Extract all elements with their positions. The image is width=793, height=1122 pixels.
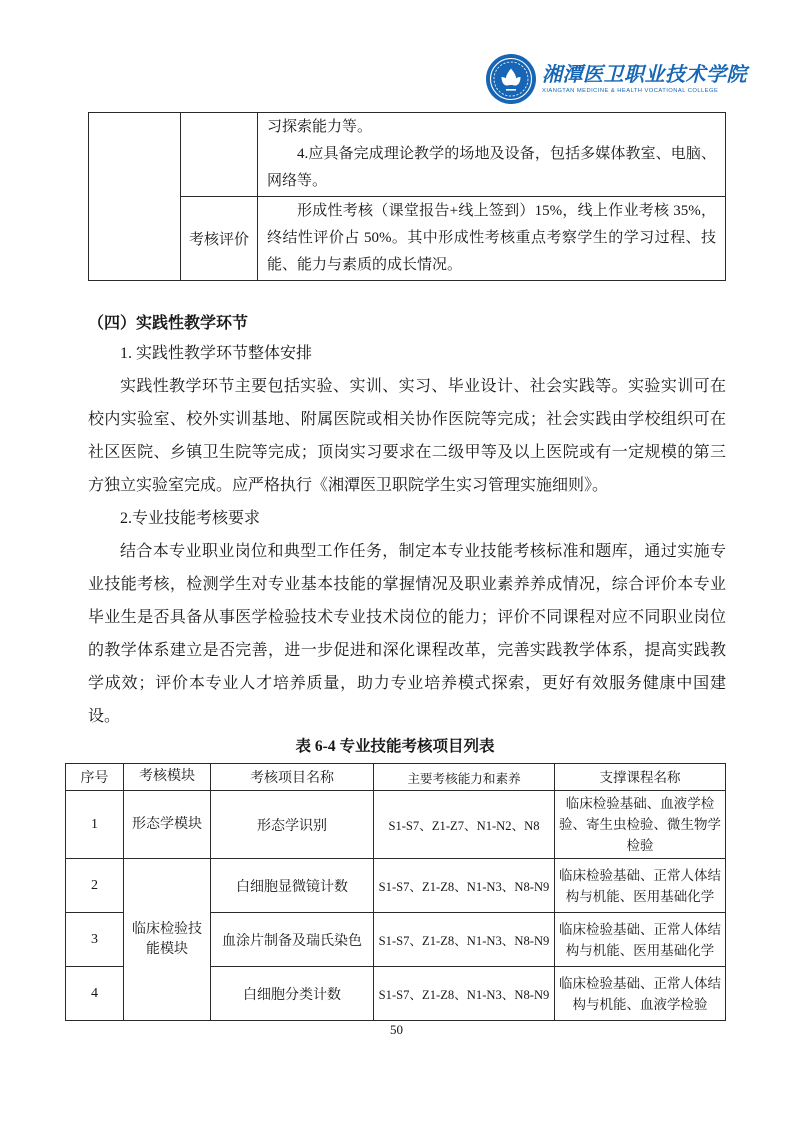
cell-module: 形态学模块	[124, 791, 211, 859]
cell-project: 白细胞分类计数	[211, 967, 374, 1021]
cell-courses: 临床检验基础、正常人体结构与机能、血液学检验	[555, 967, 726, 1021]
continued-text-line: 习探索能力等。	[267, 114, 716, 141]
college-name-zh: 湘潭医卫职业技术学院	[542, 64, 747, 87]
cell-abilities: S1-S7、Z1-Z7、N1-N2、N8	[374, 791, 555, 859]
table-header-row: 序号 考核模块 考核项目名称 主要考核能力和素养 支撑课程名称	[66, 764, 726, 791]
subsection-2-title: 2.专业技能考核要求	[88, 502, 726, 535]
header-abilities: 主要考核能力和素养	[374, 764, 555, 791]
header-project: 考核项目名称	[211, 764, 374, 791]
document-page: 湘潭医卫职业技术学院 XIANGTAN MEDICINE & HEALTH VO…	[0, 0, 793, 1122]
cell-courses: 临床检验基础、正常人体结构与机能、医用基础化学	[555, 859, 726, 913]
skills-table-block: 表 6-4 专业技能考核项目列表 序号 考核模块 考核项目名称 主要考核能力和素…	[65, 735, 725, 1021]
table-row: 1 形态学模块 形态学识别 S1-S7、Z1-Z7、N1-N2、N8 临床检验基…	[66, 791, 726, 859]
cell-project: 白细胞显微镜计数	[211, 859, 374, 913]
page-content: 习探索能力等。 4.应具备完成理论教学的场地及设备，包括多媒体教室、电脑、网络等…	[88, 112, 726, 1021]
college-name-block: 湘潭医卫职业技术学院 XIANGTAN MEDICINE & HEALTH VO…	[542, 64, 747, 94]
table-row: 考核评价 形成性考核（课堂报告+线上签到）15%，线上作业考核 35%，终结性评…	[89, 197, 726, 281]
cell-seq: 3	[66, 913, 124, 967]
college-logo: 湘潭医卫职业技术学院 XIANGTAN MEDICINE & HEALTH VO…	[486, 54, 747, 104]
cell-seq: 4	[66, 967, 124, 1021]
header-module: 考核模块	[124, 764, 211, 791]
table-row: 2 临床检验技能模块 白细胞显微镜计数 S1-S7、Z1-Z8、N1-N3、N8…	[66, 859, 726, 913]
cell-project: 血涂片制备及瑞氏染色	[211, 913, 374, 967]
header-courses: 支撑课程名称	[555, 764, 726, 791]
evaluation-row-label: 考核评价	[181, 197, 258, 281]
college-emblem-icon	[486, 54, 536, 104]
cell-seq: 1	[66, 791, 124, 859]
section-heading: （四）实践性教学环节	[88, 311, 726, 337]
cell-abilities: S1-S7、Z1-Z8、N1-N3、N8-N9	[374, 859, 555, 913]
cell-project: 形态学识别	[211, 791, 374, 859]
page-number: 50	[0, 1022, 793, 1038]
evaluation-table-label-cell-empty	[181, 113, 258, 197]
cell-abilities: S1-S7、Z1-Z8、N1-N3、N8-N9	[374, 967, 555, 1021]
cell-abilities: S1-S7、Z1-Z8、N1-N3、N8-N9	[374, 913, 555, 967]
evaluation-table: 习探索能力等。 4.应具备完成理论教学的场地及设备，包括多媒体教室、电脑、网络等…	[88, 112, 726, 281]
facilities-requirement-text: 4.应具备完成理论教学的场地及设备，包括多媒体教室、电脑、网络等。	[267, 141, 716, 195]
college-name-en: XIANGTAN MEDICINE & HEALTH VOCATIONAL CO…	[542, 88, 747, 94]
cell-seq: 2	[66, 859, 124, 913]
cell-courses: 临床检验基础、正常人体结构与机能、医用基础化学	[555, 913, 726, 967]
cell-courses: 临床检验基础、血液学检验、寄生虫检验、微生物学检验	[555, 791, 726, 859]
evaluation-scheme-text: 形成性考核（课堂报告+线上签到）15%，线上作业考核 35%，终结性评价占 50…	[267, 198, 716, 279]
evaluation-row-content: 形成性考核（课堂报告+线上签到）15%，线上作业考核 35%，终结性评价占 50…	[258, 197, 726, 281]
skills-assessment-table: 序号 考核模块 考核项目名称 主要考核能力和素养 支撑课程名称 1 形态学模块 …	[65, 763, 726, 1021]
paragraph-practical-arrangement: 实践性教学环节主要包括实验、实训、实习、毕业设计、社会实践等。实验实训可在校内实…	[88, 370, 726, 502]
evaluation-table-left-cell	[89, 113, 181, 281]
table-row: 习探索能力等。 4.应具备完成理论教学的场地及设备，包括多媒体教室、电脑、网络等…	[89, 113, 726, 197]
evaluation-table-content-cell: 习探索能力等。 4.应具备完成理论教学的场地及设备，包括多媒体教室、电脑、网络等…	[258, 113, 726, 197]
header-seq: 序号	[66, 764, 124, 791]
paragraph-skill-assessment: 结合本专业职业岗位和典型工作任务，制定本专业技能考核标准和题库，通过实施专业技能…	[88, 535, 726, 733]
subsection-1-title: 1. 实践性教学环节整体安排	[88, 337, 726, 370]
cell-module-merged: 临床检验技能模块	[124, 859, 211, 1021]
skills-table-title: 表 6-4 专业技能考核项目列表	[65, 735, 725, 759]
